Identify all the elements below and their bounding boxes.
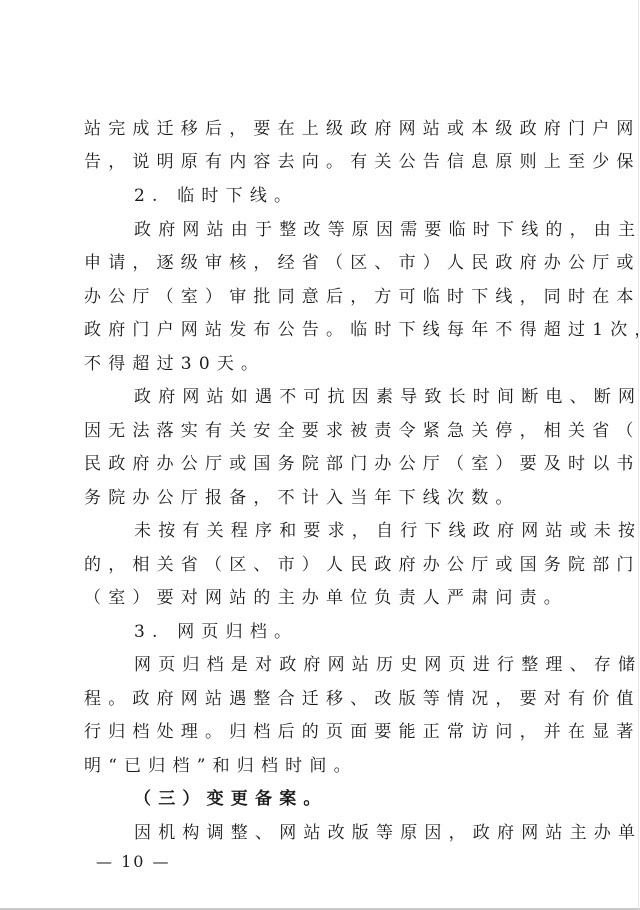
text-line: 行归档处理。归档后的页面要能正常访问，并在显著位置清晰注	[84, 720, 564, 744]
section-heading-web-archive: 3. 网页归档。	[134, 620, 614, 644]
text-line: （室）要对网站的主办单位负责人严肃问责。	[84, 586, 564, 610]
text-line: 因无法落实有关安全要求被责令紧急关停，相关省（区、市）人	[84, 419, 564, 443]
text-line: 申请，逐级审核，经省（区、市）人民政府办公厅或国务院部门	[84, 251, 564, 275]
text-line: 网页归档是对政府网站历史网页进行整理、存储和利用的过	[134, 653, 614, 677]
text-line: 站完成迁移后，要在上级政府网站或本级政府门户网站发布公	[84, 117, 564, 141]
document-page: 站完成迁移后，要在上级政府网站或本级政府门户网站发布公 告，说明原有内容去向。有…	[0, 0, 640, 910]
text-line: 办公厅（室）审批同意后，方可临时下线，同时在本网站和本级	[84, 285, 564, 309]
section-heading-change-filing: （三）变更备案。	[134, 787, 614, 811]
text-line: 不得超过30天。	[84, 352, 564, 376]
page-number: — 10 —	[96, 852, 171, 872]
text-line: 因机构调整、网站改版等原因，政府网站主办单位、负责	[134, 821, 614, 845]
section-heading-temporary-offline: 2. 临时下线。	[134, 184, 614, 208]
text-line: 程。政府网站遇整合迁移、改版等情况，要对有价值的原网页进	[84, 687, 564, 711]
text-line: 政府网站由于整改等原因需要临时下线的，由主办单位提出	[134, 218, 614, 242]
text-line: 告，说明原有内容去向。有关公告信息原则上至少保留30天。	[84, 150, 564, 174]
text-line: 明“已归档”和归档时间。	[84, 754, 564, 778]
text-line: 未按有关程序和要求，自行下线政府网站或未按要求整改	[134, 519, 614, 543]
page-right-edge	[638, 0, 639, 910]
text-line: 民政府办公厅或国务院部门办公厅（室）要及时以书面形式向国	[84, 452, 564, 476]
text-line: 的，相关省（区、市）人民政府办公厅或国务院部门办公厅	[84, 553, 564, 577]
text-line: 政府网站如遇不可抗因素导致长时间断电、断网等情况，或	[134, 385, 614, 409]
text-line: 务院办公厅报备，不计入当年下线次数。	[84, 486, 564, 510]
text-line: 政府门户网站发布公告。临时下线每年不得超过1次，下线时间	[84, 318, 564, 342]
